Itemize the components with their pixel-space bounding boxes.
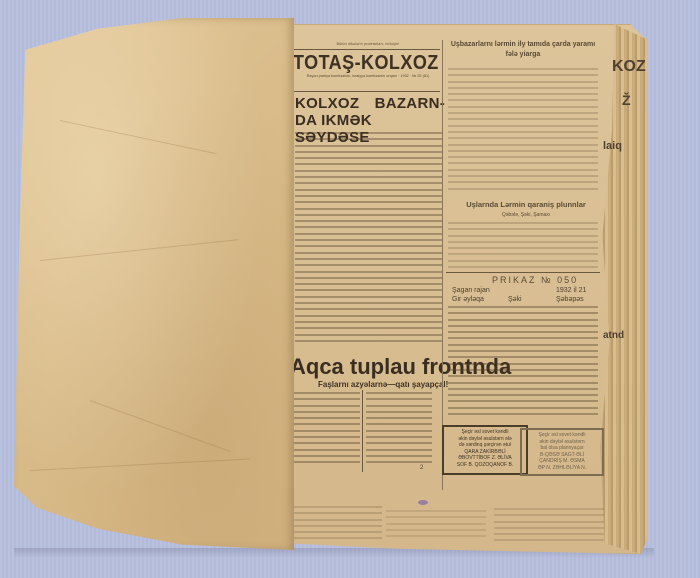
prikaz-subtitle: Gir əyləqa [452,296,484,303]
headline-word-1: KOLXOZ [295,95,359,112]
mid-right-subheadline: Qəbələ, Şəki, Şamaxı [452,210,600,220]
edge-fragment: laiq [603,140,622,152]
masthead-rule-bottom [292,91,440,92]
mid-right-text [448,222,598,270]
prikaz-text [448,306,598,420]
masthead-title: TOTAŞ-KOLXOZ [293,52,428,75]
page-number: 2 [420,465,423,471]
ad-box-2: Şeçir əsl sovet kəndli əkin dəyləl əsuls… [520,428,604,476]
lower-text-mid [386,510,486,542]
folded-left-page [14,18,294,550]
right-column-headline: Uşbazarlarnı lərmin ily tamıda çarda yar… [448,40,598,60]
ink-stamp [418,500,428,505]
column-divider-main [442,40,443,490]
prikaz-rule [446,272,600,273]
column-text-right [366,392,432,470]
lower-text-right [494,508,604,544]
headline-word-2: BAZARN- [375,95,445,112]
column-text-left [292,392,360,470]
mid-right-headline: Uşlarnda Lərmin qaraniş plunnlar [452,200,600,210]
right-column-text [448,68,598,194]
edge-fragment: Ž [622,92,631,108]
edge-fragment: KOZ [612,58,646,76]
section-subheadline: Faşlarnı azyəlarnə—qatı şayapçal! [318,380,448,389]
ad-box-1: Şeçir əsl sovet kəndli əkin dəyləl əsuls… [442,425,528,475]
photo-scene: Bütün ölkələrin proletarları, birləşin! … [0,0,700,578]
masthead-subtitle: Rayon partiya komitəsinin, icraiyyə komi… [296,74,440,79]
edge-fragment: atnd [603,330,624,341]
masthead-rule [292,49,440,50]
prikaz-date: 1932 il 21 [556,287,586,294]
prikaz-sign-right: Şəbəpəs [556,296,584,303]
article-body-text [295,132,443,354]
masthead-motto: Bütün ölkələrin proletarları, birləşin! [298,42,438,46]
column-divider [362,390,363,472]
lower-text-left [292,506,382,546]
ad-line: SOF B. QOZOQANOF B. [446,462,524,469]
prikaz-title: PRIKAZ № 050 [492,275,578,285]
prikaz-sign: Şəki [508,296,522,303]
ad-line: ƏP N. ZƏHLƏLİYA N. [524,465,600,472]
prikaz-place: Şagan rajan [452,287,490,294]
